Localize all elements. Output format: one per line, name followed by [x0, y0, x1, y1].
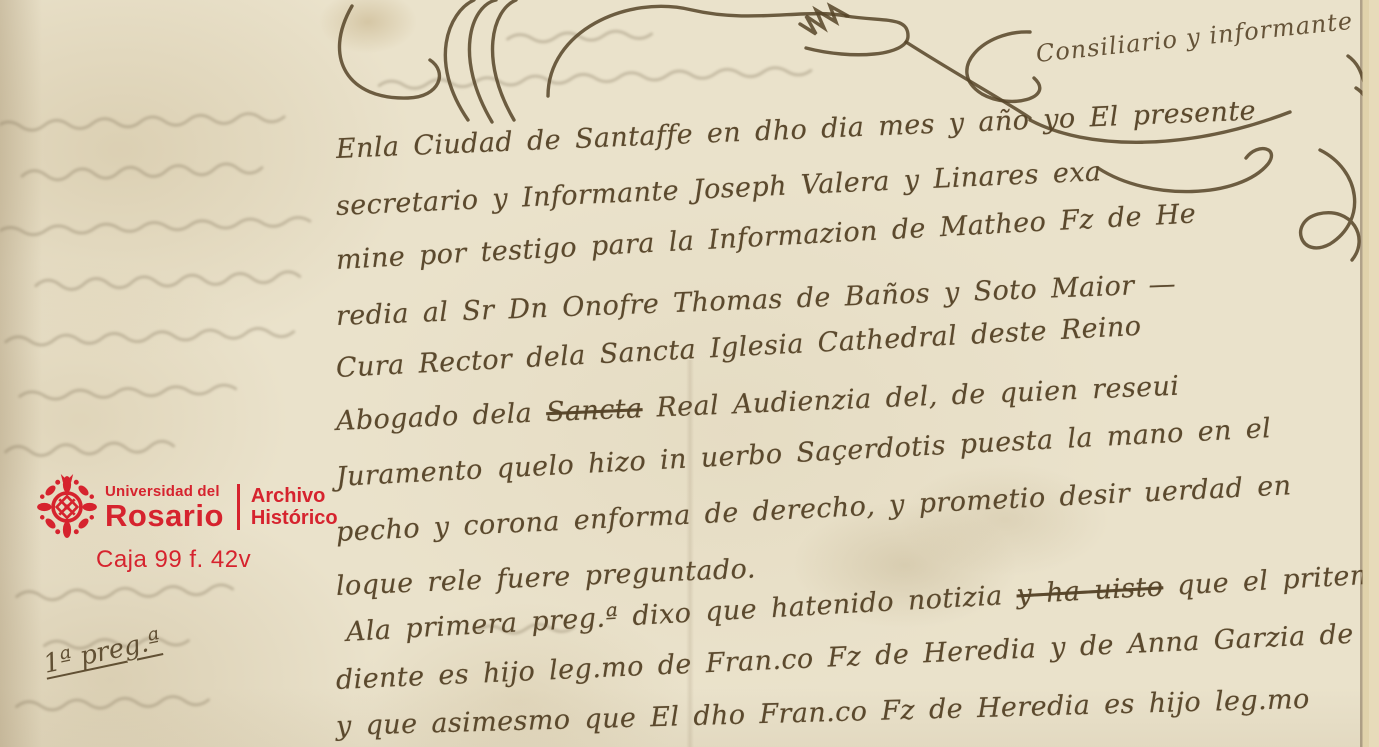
institution-name-big: Rosario	[105, 500, 224, 531]
margin-note-text: 1ª preg.ª	[41, 626, 164, 680]
archive-name: Archivo Histórico	[251, 485, 338, 530]
archive-name-line2: Histórico	[251, 507, 338, 529]
university-crest-icon	[36, 474, 98, 540]
manuscript-scan: Consiliario y informante Enla Ciudad de …	[0, 0, 1379, 747]
archive-overlay: Universidad del Rosario Archivo Históric…	[36, 474, 338, 574]
struck-text: y ha uisto	[1016, 571, 1164, 610]
institution-name-small: Universidad del	[105, 484, 224, 499]
logo-divider	[237, 484, 240, 530]
archive-logo-row: Universidad del Rosario Archivo Históric…	[36, 474, 338, 540]
archive-name-line1: Archivo	[251, 485, 338, 507]
manuscript-line: y que asimesmo que El dho Fran.co Fz de …	[336, 683, 1379, 740]
header-note: Consiliario y informante	[1035, 7, 1355, 68]
institution-name: Universidad del Rosario	[105, 484, 224, 531]
line-text: Abogado dela	[335, 397, 546, 437]
margin-note: 1ª preg.ª	[41, 626, 164, 680]
line-text: que el priten	[1162, 560, 1368, 602]
line-text: Enla Ciudad de Santaffe en dho dia mes y…	[335, 95, 1256, 165]
struck-text: Sancta	[545, 393, 643, 428]
header-note-text: Consiliario y informante	[1035, 7, 1355, 68]
line-text: y que asimesmo que El dho Fran.co Fz de …	[336, 684, 1311, 742]
paper-crease	[686, 360, 694, 747]
line-text: Real Audienzia del, de quien reseui	[642, 371, 1180, 424]
page-edge	[1360, 0, 1379, 747]
caja-label: Caja 99 f. 42v	[96, 546, 338, 574]
